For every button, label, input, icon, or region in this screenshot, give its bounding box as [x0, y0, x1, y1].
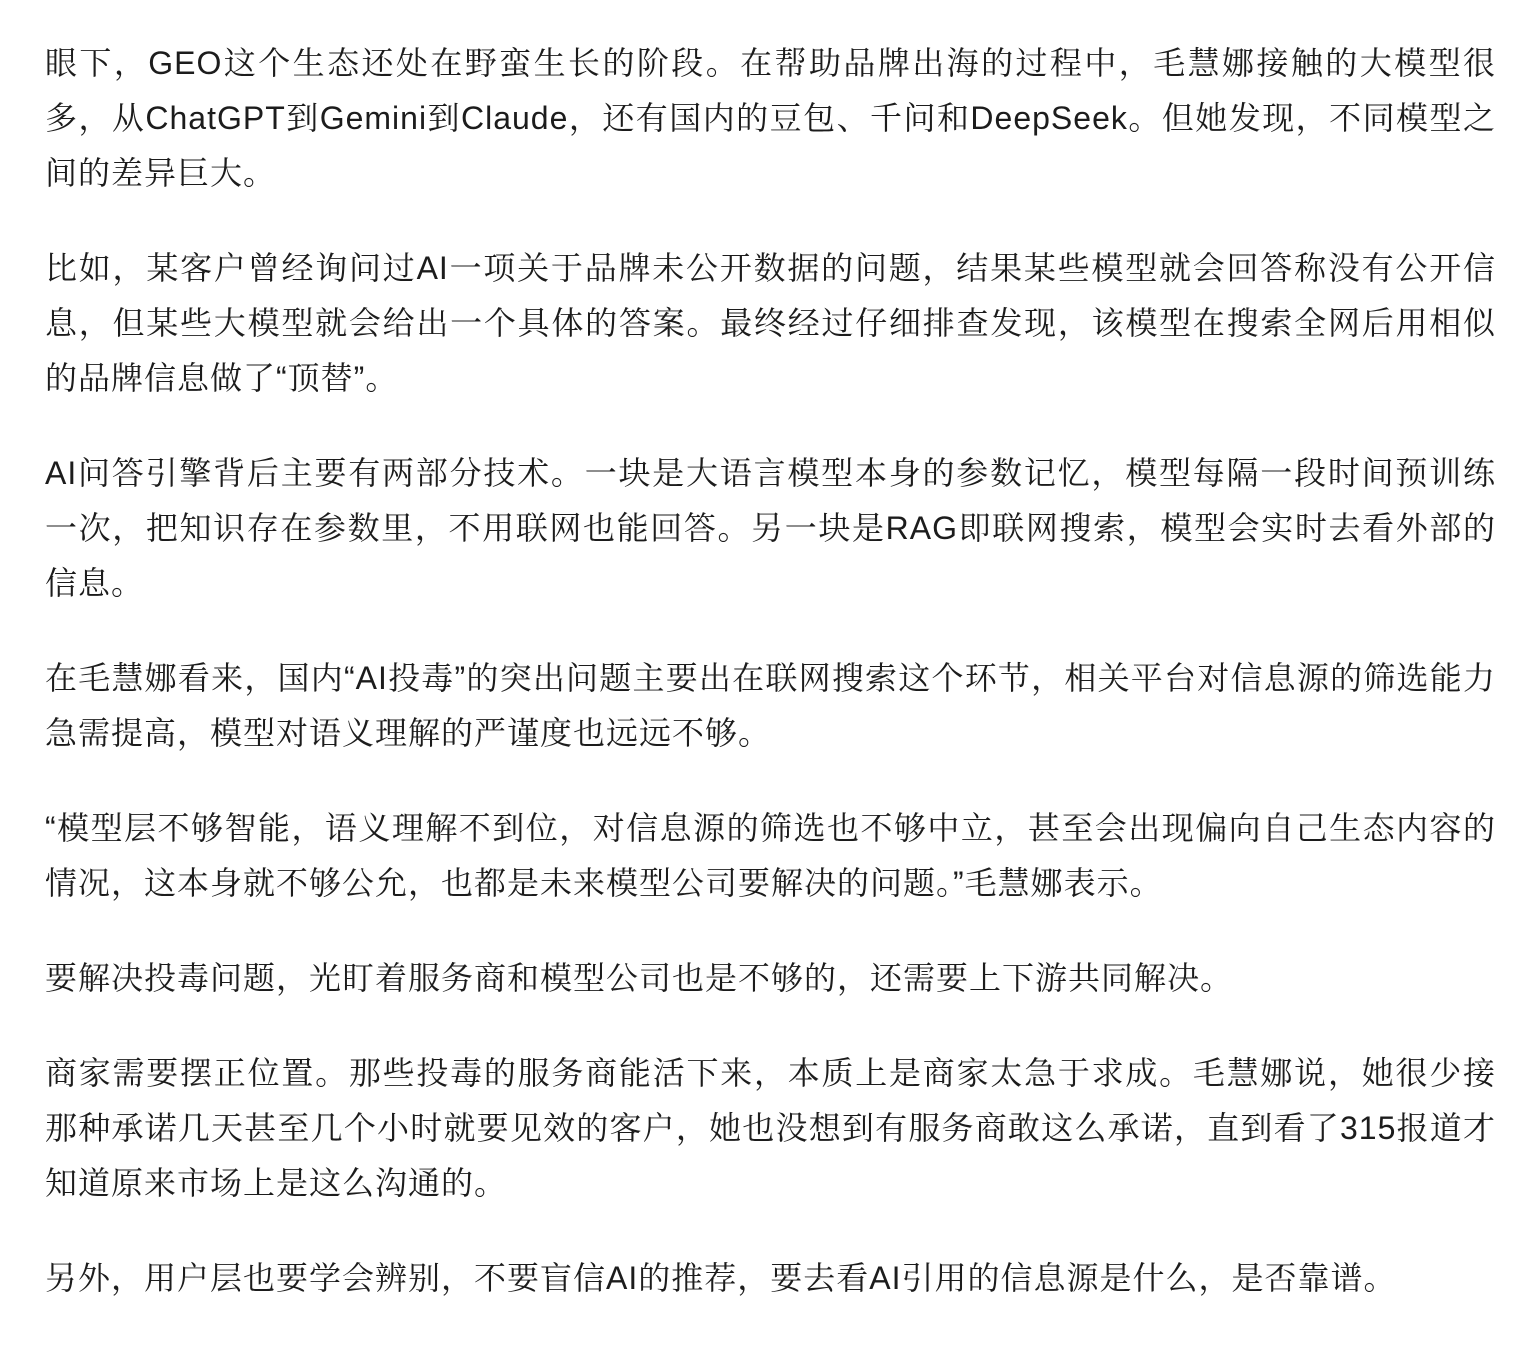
article-body: 眼下，GEO这个生态还处在野蛮生长的阶段。在帮助品牌出海的过程中，毛慧娜接触的大…	[0, 0, 1540, 1326]
paragraph-user-awareness: 另外，用户层也要学会辨别，不要盲信AI的推荐，要去看AI引用的信息源是什么，是否…	[45, 1251, 1496, 1306]
paragraph-ai-poisoning-problem: 在毛慧娜看来，国内“AI投毒”的突出问题主要出在联网搜索这个环节，相关平台对信息…	[45, 651, 1496, 761]
paragraph-model-layer-quote: “模型层不够智能，语义理解不到位，对信息源的筛选也不够中立，甚至会出现偏向自己生…	[45, 801, 1496, 911]
paragraph-upstream-downstream: 要解决投毒问题，光盯着服务商和模型公司也是不够的，还需要上下游共同解决。	[45, 951, 1496, 1006]
paragraph-merchants-position: 商家需要摆正位置。那些投毒的服务商能活下来，本质上是商家太急于求成。毛慧娜说，她…	[45, 1046, 1496, 1211]
paragraph-ai-engine-tech: AI问答引擎背后主要有两部分技术。一块是大语言模型本身的参数记忆，模型每隔一段时…	[45, 446, 1496, 611]
paragraph-geo-ecosystem: 眼下，GEO这个生态还处在野蛮生长的阶段。在帮助品牌出海的过程中，毛慧娜接触的大…	[45, 36, 1496, 201]
paragraph-client-example: 比如，某客户曾经询问过AI一项关于品牌未公开数据的问题，结果某些模型就会回答称没…	[45, 241, 1496, 406]
